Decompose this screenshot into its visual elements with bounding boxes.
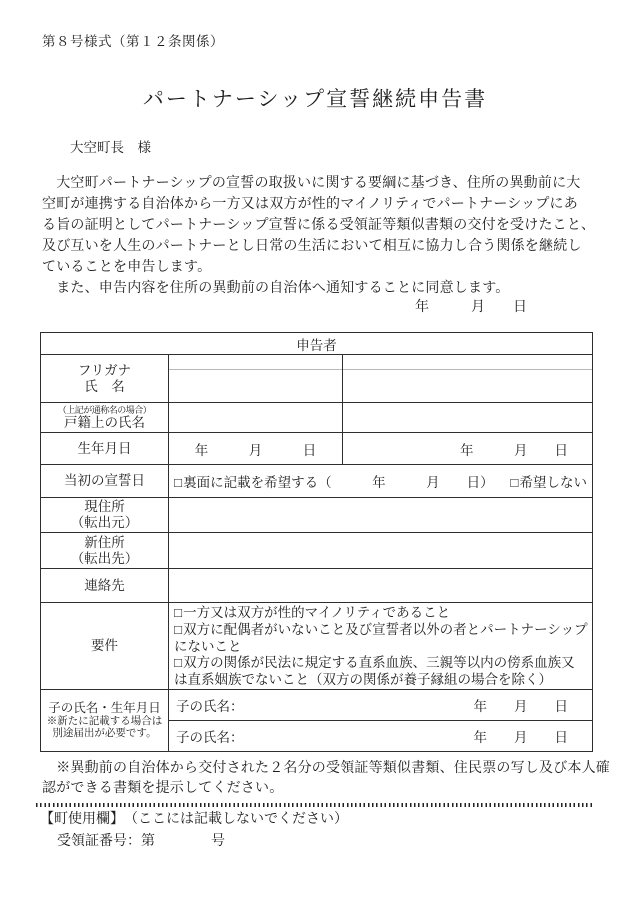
oath-option-no-label: 希望しない xyxy=(520,475,588,490)
current-address-field xyxy=(169,498,593,533)
requirement-item-3-text: 双方の関係が民法に規定する直系血族、三親等以内の傍系血族又は直系姻族でないこと（… xyxy=(174,655,575,687)
child-1-birthdate: 年 月 日 xyxy=(474,695,569,715)
applicant-table: 申告者 フリガナ 氏 名 （上記が通称名の場合） xyxy=(40,332,593,752)
paragraph-line-2: 空町が連携する自治体から一方又は双方が性的マイノリティでパートナーシップにあ xyxy=(42,194,590,215)
child-row-2: 子の氏名： 年 月 日 xyxy=(169,720,593,751)
checkbox-icon: □ xyxy=(174,622,182,637)
child-2-birthdate: 年 月 日 xyxy=(474,726,569,746)
new-address-field xyxy=(169,533,593,569)
current-address-label: 現住所 （転出元） xyxy=(41,498,169,533)
requirements-field: □一方又は双方が性的マイノリティであること □双方に配偶者がいないこと及び宣誓者… xyxy=(169,603,593,690)
document-title: パートナーシップ宣誓継続申告書 xyxy=(0,83,630,113)
checkbox-icon: □ xyxy=(510,475,518,490)
paragraph-line-6: また、申告内容を住所の異動前の自治体へ通知することに同意します。 xyxy=(42,278,590,299)
paragraph-line-3: る旨の証明としてパートナーシップ宣誓に係る受領証等類似書類の交付を受けたこと、 xyxy=(42,215,590,236)
addressee: 大空町長 様 xyxy=(70,136,630,156)
paragraph-line-5: ていることを申告します。 xyxy=(42,257,590,278)
initial-oath-date-label: 当初の宣誓日 xyxy=(41,465,169,498)
current-address-label-line2: （転出元） xyxy=(41,515,168,531)
document-page: 第８号様式（第１２条関係） パートナーシップ宣誓継続申告書 大空町長 様 大空町… xyxy=(0,0,630,903)
applicant-table-header: 申告者 xyxy=(41,333,593,355)
child-2-name-label: 子の氏名： xyxy=(176,726,244,746)
note-line-1: ※異動前の自治体から交付された２名分の受領証等類似書類、住民票の写し及び本人確 xyxy=(42,759,590,779)
name-area-partner1 xyxy=(169,370,342,402)
new-address-label-line2: （転出先） xyxy=(41,551,168,567)
oath-option-back-page-label: 裏面に記載を希望する（ 年 月 日） xyxy=(183,475,494,490)
furigana-area-partner1 xyxy=(169,356,342,370)
children-label: 子の氏名・生年月日 ※新たに記載する場合は別途届出が必要です。 xyxy=(41,689,169,751)
requirement-item-3: □双方の関係が民法に規定する直系血族、三親等以内の傍系血族又は直系姻族でないこと… xyxy=(174,655,588,689)
new-address-label: 新住所 （転出先） xyxy=(41,533,169,569)
legal-name-label-text: 戸籍上の氏名 xyxy=(41,415,168,431)
legal-name-note: （上記が通称名の場合） xyxy=(41,405,168,415)
name-field-partner2 xyxy=(343,355,593,403)
legal-name-field-partner1 xyxy=(169,403,343,433)
legal-name-field-partner2 xyxy=(343,403,593,433)
oath-option-no: □希望しない xyxy=(510,471,587,491)
legal-name-label: （上記が通称名の場合） 戸籍上の氏名 xyxy=(41,403,169,433)
requirement-item-2: □双方に配偶者がいないこと及び宣誓者以外の者とパートナーシップにないこと xyxy=(174,622,588,656)
current-address-label-line1: 現住所 xyxy=(41,499,168,515)
paragraph-line-4: 及び互いを人生のパートナーとし日常の生活において相互に協力し合う関係を継続し xyxy=(42,236,590,257)
requirement-item-1: □一方又は双方が性的マイノリティであること xyxy=(174,605,588,622)
note-line-2: 認ができる書類を提示してください。 xyxy=(42,779,590,799)
name-area-partner2 xyxy=(343,370,592,402)
child-1-name-label: 子の氏名： xyxy=(176,695,244,715)
birthdate-label: 生年月日 xyxy=(41,433,169,465)
contact-field xyxy=(169,569,593,603)
requirements-label: 要件 xyxy=(41,603,169,690)
children-note: ※新たに記載する場合は別途届出が必要です。 xyxy=(41,715,168,740)
initial-oath-date-field: □裏面に記載を希望する（ 年 月 日） □希望しない xyxy=(169,465,593,498)
document-presentation-note: ※異動前の自治体から交付された２名分の受領証等類似書類、住民票の写し及び本人確 … xyxy=(42,759,590,799)
oath-option-back-page: □裏面に記載を希望する（ 年 月 日） xyxy=(174,471,494,491)
checkbox-icon: □ xyxy=(174,475,182,490)
checkbox-icon: □ xyxy=(174,605,182,620)
birthdate-partner2: 年 月 日 xyxy=(343,433,593,465)
new-address-label-line1: 新住所 xyxy=(41,535,168,551)
furigana-area-partner2 xyxy=(343,356,592,370)
checkbox-icon: □ xyxy=(174,655,182,670)
furigana-label-line: フリガナ xyxy=(41,363,168,379)
furigana-name-label: フリガナ 氏 名 xyxy=(41,355,169,403)
requirement-item-1-text: 一方又は双方が性的マイノリティであること xyxy=(183,605,450,620)
receipt-number-line: 受領証番号：第 号 xyxy=(57,832,630,851)
declaration-date: 年 月 日 xyxy=(0,299,592,316)
paragraph-line-1: 大空町パートナーシップの宣誓の取扱いに関する要綱に基づき、住所の異動前に大 xyxy=(42,173,590,194)
birthdate-partner1: 年 月 日 xyxy=(169,433,343,465)
office-use-title: 【町使用欄】 （ここには記載しないでください） xyxy=(40,810,630,829)
form-number: 第８号様式（第１２条関係） xyxy=(42,30,630,50)
contact-label: 連絡先 xyxy=(41,569,169,603)
perforation-divider xyxy=(36,803,593,807)
child-row-1: 子の氏名： 年 月 日 xyxy=(169,689,593,720)
requirement-item-2-text: 双方に配偶者がいないこと及び宣誓者以外の者とパートナーシップにないこと xyxy=(174,622,588,654)
declaration-paragraph: 大空町パートナーシップの宣誓の取扱いに関する要綱に基づき、住所の異動前に大 空町… xyxy=(42,173,590,299)
children-label-text: 子の氏名・生年月日 xyxy=(41,701,168,715)
name-label-line: 氏 名 xyxy=(41,379,168,395)
name-field-partner1 xyxy=(169,355,343,403)
